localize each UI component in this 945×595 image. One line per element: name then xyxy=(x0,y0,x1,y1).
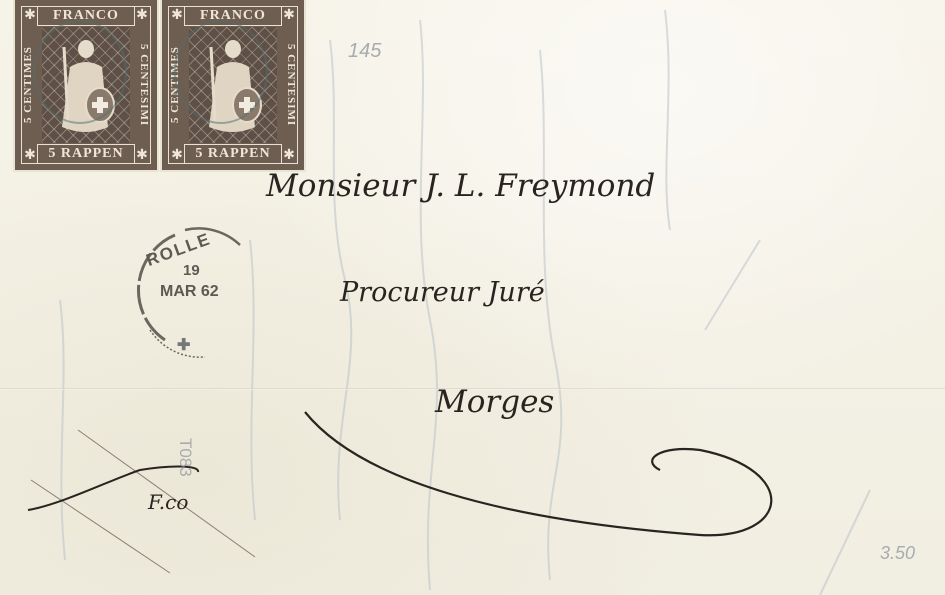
pencil-number-side: T083 xyxy=(175,438,195,477)
pencil-price: 3.50 xyxy=(880,543,915,564)
ink-flourishes xyxy=(0,0,945,595)
franco-annotation: F.co xyxy=(148,490,188,514)
pencil-number-top: 145 xyxy=(348,40,381,63)
postal-cover: ✱ ✱ ✱ ✱ FRANCO 5 RAPPEN 5 CENTIMES 5 CEN… xyxy=(0,0,945,595)
